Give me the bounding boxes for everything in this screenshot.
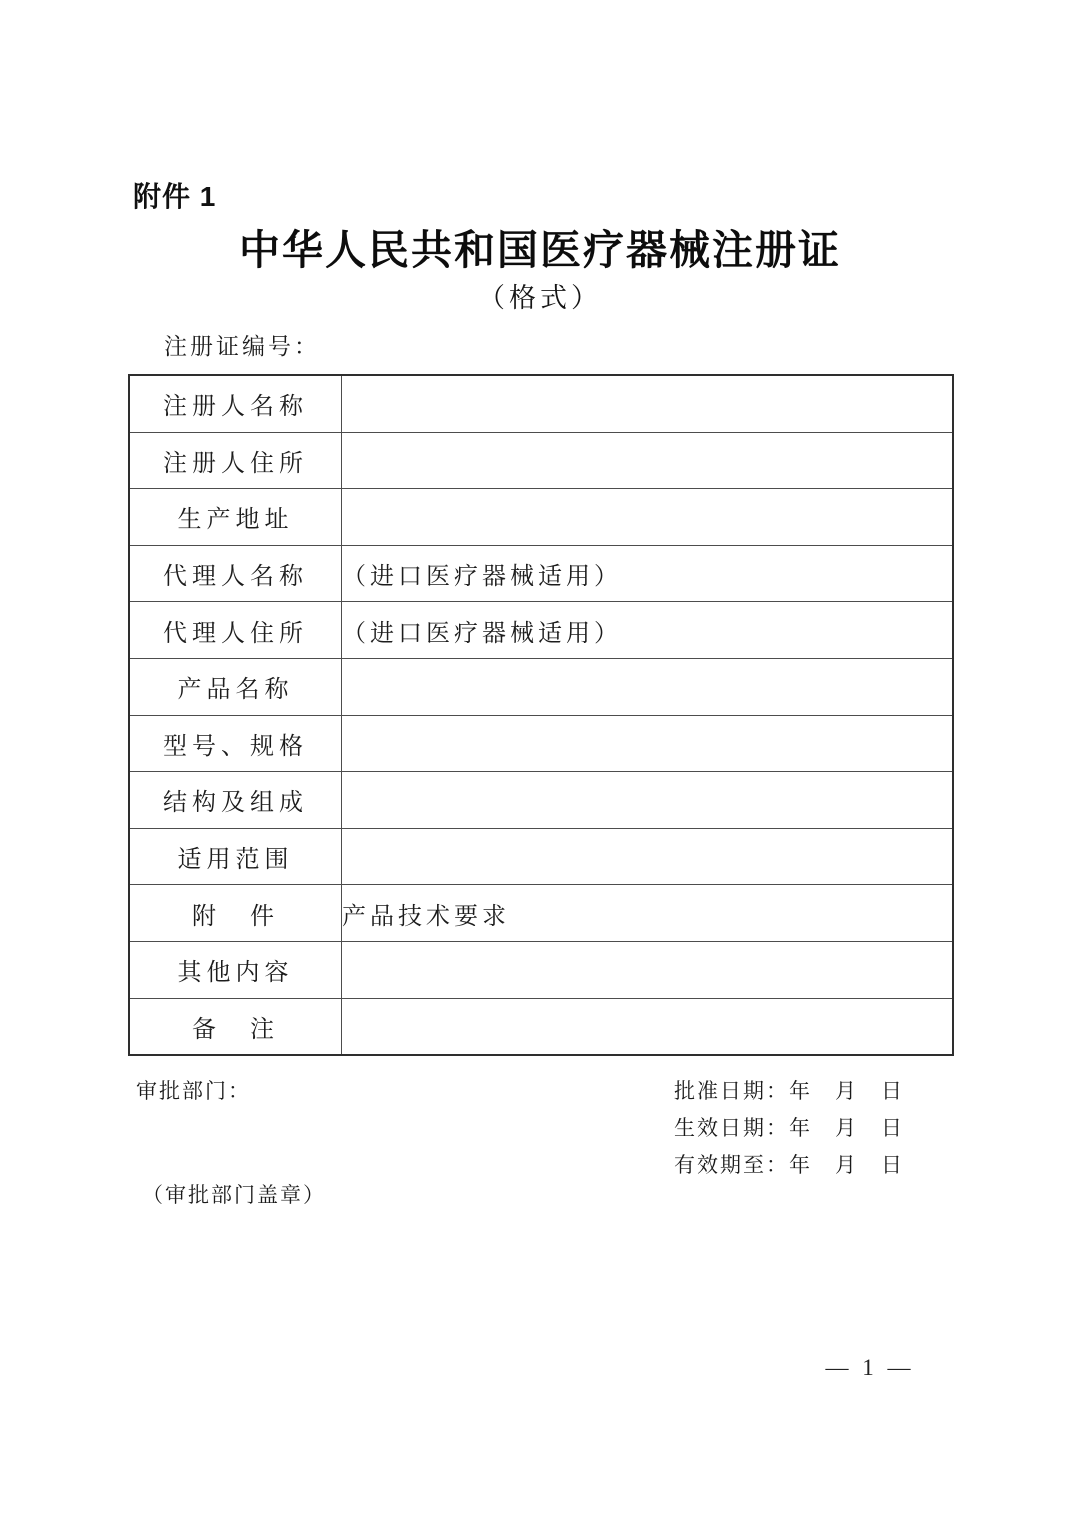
table-row: 生产地址	[129, 489, 953, 546]
table-row: 附 件 产品技术要求	[129, 885, 953, 942]
row-value-registrant-name	[342, 375, 954, 432]
table-row: 代理人住所 （进口医疗器械适用）	[129, 602, 953, 659]
row-value-registrant-address	[342, 432, 954, 489]
attachment-label: 附件 1	[133, 182, 216, 212]
row-label-remarks: 备 注	[129, 998, 342, 1055]
row-label-agent-name: 代理人名称	[129, 545, 342, 602]
table-row: 产品名称	[129, 658, 953, 715]
row-label-registrant-name: 注册人名称	[129, 375, 342, 432]
registration-form-table: 注册人名称 注册人住所 生产地址 代理人名称 （进口医疗器械适用） 代理人住所 …	[128, 374, 954, 1056]
row-value-model-spec	[342, 715, 954, 772]
row-value-remarks	[342, 998, 954, 1055]
row-value-other-content	[342, 941, 954, 998]
registration-number-label: 注册证编号：	[164, 334, 320, 360]
row-label-other-content: 其他内容	[129, 941, 342, 998]
row-value-structure-composition	[342, 772, 954, 829]
approval-date-line: 批准日期：年 月 日	[674, 1079, 904, 1103]
approval-department-label: 审批部门：	[136, 1079, 251, 1103]
table-row: 代理人名称 （进口医疗器械适用）	[129, 545, 953, 602]
row-label-scope-of-application: 适用范围	[129, 828, 342, 885]
table-row: 其他内容	[129, 941, 953, 998]
page-number-text: — 1 —	[826, 1355, 915, 1380]
row-value-product-name	[342, 658, 954, 715]
page-subtitle: （格式）	[0, 283, 1080, 313]
table-row: 结构及组成	[129, 772, 953, 829]
date-block: 批准日期：年 月 日 生效日期：年 月 日 有效期至：年 月 日	[674, 1079, 904, 1190]
table-row: 注册人名称	[129, 375, 953, 432]
department-seal-note: （审批部门盖章）	[142, 1183, 326, 1207]
row-value-agent-address: （进口医疗器械适用）	[342, 602, 954, 659]
document-page: 附件 1 中华人民共和国医疗器械注册证 （格式） 注册证编号： 注册人名称 注册…	[0, 0, 1080, 1528]
row-label-model-spec: 型号、规格	[129, 715, 342, 772]
row-value-attachments: 产品技术要求	[342, 885, 954, 942]
effective-date-line: 生效日期：年 月 日	[674, 1116, 904, 1140]
table-row: 适用范围	[129, 828, 953, 885]
row-label-structure-composition: 结构及组成	[129, 772, 342, 829]
row-value-agent-name: （进口医疗器械适用）	[342, 545, 954, 602]
row-label-product-name: 产品名称	[129, 658, 342, 715]
table-row: 备 注	[129, 998, 953, 1055]
expiry-date-line: 有效期至：年 月 日	[674, 1153, 904, 1177]
row-label-agent-address: 代理人住所	[129, 602, 342, 659]
row-label-production-address: 生产地址	[129, 489, 342, 546]
table-row: 型号、规格	[129, 715, 953, 772]
table-row: 注册人住所	[129, 432, 953, 489]
row-value-production-address	[342, 489, 954, 546]
row-value-scope-of-application	[342, 828, 954, 885]
page-number: — 1 —	[0, 1355, 1080, 1381]
row-label-registrant-address: 注册人住所	[129, 432, 342, 489]
row-label-attachments: 附 件	[129, 885, 342, 942]
page-title: 中华人民共和国医疗器械注册证	[0, 228, 1080, 272]
